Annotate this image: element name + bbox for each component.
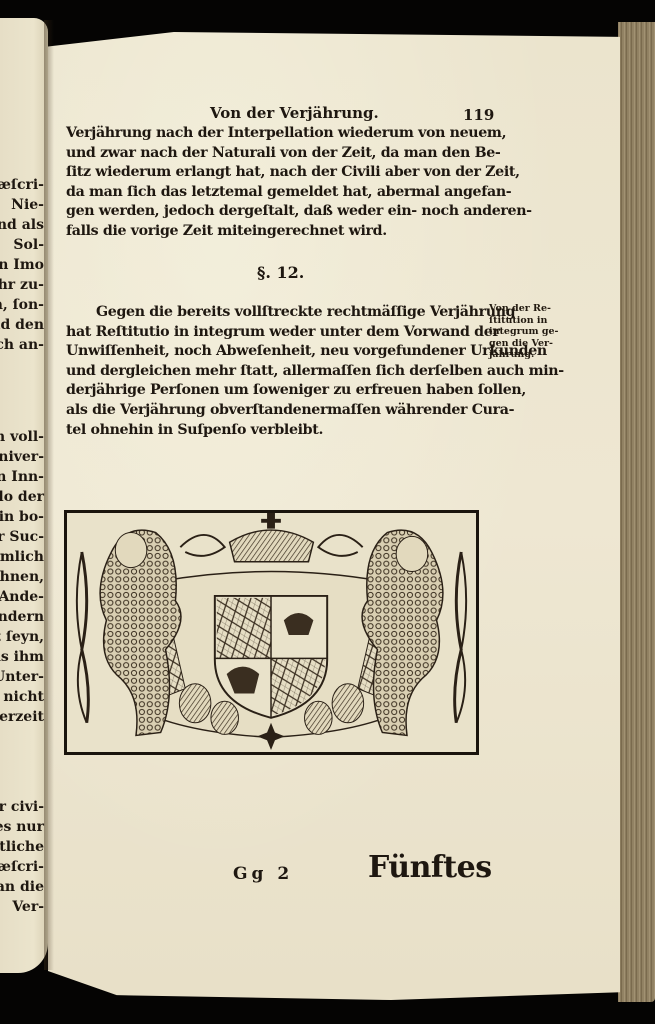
left-page-text-fragment: in bo-	[0, 508, 44, 528]
text-line: als die Verjährung obverſtandenermaſſen …	[66, 401, 486, 421]
left-page-text-fragment: n Inn-	[0, 468, 44, 488]
text-line: hat Reſtitutio in integrum weder unter d…	[66, 323, 486, 343]
margin-note-line: integrum ge-	[489, 326, 549, 338]
text-line: ſitz wiederum erlangt hat, nach der Civi…	[66, 163, 486, 183]
left-page-text-fragment: hr zu-	[0, 276, 44, 296]
left-page-text-fragment: Ande-	[0, 588, 44, 608]
signature-mark: Gg 2	[233, 864, 293, 884]
coat-of-arms-woodcut	[64, 510, 479, 755]
left-page-text-fragment: Nie-	[11, 196, 44, 216]
left-page-text-fragment: ls ihm	[0, 648, 44, 668]
text-line: und dergleichen mehr ſtatt, allermaſſen …	[66, 362, 486, 382]
left-page-text-fragment: n, ſon-	[0, 296, 44, 316]
running-head: Von der Verjährung.	[210, 104, 379, 122]
left-page-text-fragment: 2do der	[0, 488, 44, 508]
margin-note-line: ſtitution in	[489, 315, 549, 327]
text-line: Gegen die bereits vollſtreckte rechtmäſſ…	[66, 303, 486, 323]
left-page-text-fragment: univer-	[0, 448, 44, 468]
left-page-text-fragment: h voll-	[0, 428, 44, 448]
text-line: und zwar nach der Naturali von der Zeit,…	[66, 144, 486, 164]
paragraph-1: Verjährung nach der Interpellation wiede…	[66, 124, 486, 242]
left-page-text-fragment: Ver-	[12, 898, 44, 918]
left-page-text-fragment: Præſcri-	[0, 858, 44, 878]
text-line: gen werden, jedoch dergeſtalt, daß weder…	[66, 202, 486, 222]
left-page-text-fragment: echnen,	[0, 568, 44, 588]
left-page-text-fragment: nd als	[0, 216, 44, 236]
margin-note-line: Von der Re-	[489, 303, 549, 315]
left-page-text-fragment: itz ſeyn,	[0, 628, 44, 648]
book-fore-edge	[618, 22, 655, 1002]
left-page: ræſcri-Nie-nd alsSol-n Imohr zu-n, ſon-n…	[0, 18, 48, 973]
left-page-text-fragment: Sol-	[13, 236, 44, 256]
margin-note: Von der Re- ſtitution in integrum ge- ge…	[489, 303, 549, 361]
left-page-text-fragment: kan die	[0, 878, 44, 898]
section-heading: §. 12.	[257, 263, 304, 282]
text-line: Unwiſſenheit, noch Abweſenheit, neu vorg…	[66, 342, 486, 362]
left-page-text-fragment: ichtliche	[0, 838, 44, 858]
left-page-text-fragment: Unter-	[0, 668, 44, 688]
text-line: tel ohnehin in Suſpenſo verbleibt.	[66, 421, 486, 441]
left-page-text-fragment: ſondern	[0, 608, 44, 628]
left-page-text-fragment: es nur	[0, 818, 44, 838]
left-page-text-fragment: er civi-	[0, 798, 44, 818]
left-page-text-fragment: ræſcri-	[0, 176, 44, 196]
left-page-text-fragment: ch an-	[0, 336, 44, 356]
text-line: Verjährung nach der Interpellation wiede…	[66, 124, 486, 144]
paragraph-2: Gegen die bereits vollſtreckte rechtmäſſ…	[66, 303, 486, 440]
text-line: derjährige Perſonen um ſoweniger zu erfr…	[66, 381, 486, 401]
margin-note-line: gen die Ver-	[489, 338, 549, 350]
page-number: 119	[463, 106, 494, 124]
text-line: falls die vorige Zeit miteingerechnet wi…	[66, 222, 486, 242]
margin-note-line: jährung.	[489, 349, 549, 361]
coat-of-arms-icon	[67, 513, 476, 752]
left-page-text-fragment: n Imo	[0, 256, 44, 276]
left-page-text-fragment: nemlich	[0, 548, 44, 568]
book-gutter	[44, 20, 54, 970]
left-page-text-fragment: nd den	[0, 316, 44, 336]
left-page-text-fragment: ederzeit	[0, 708, 44, 728]
left-page-text-fragment: er Suc-	[0, 528, 44, 548]
catchword: Fünftes	[368, 850, 492, 885]
left-page-text-fragment: n nicht	[0, 688, 44, 708]
text-line: da man ſich das letztemal gemeldet hat, …	[66, 183, 486, 203]
